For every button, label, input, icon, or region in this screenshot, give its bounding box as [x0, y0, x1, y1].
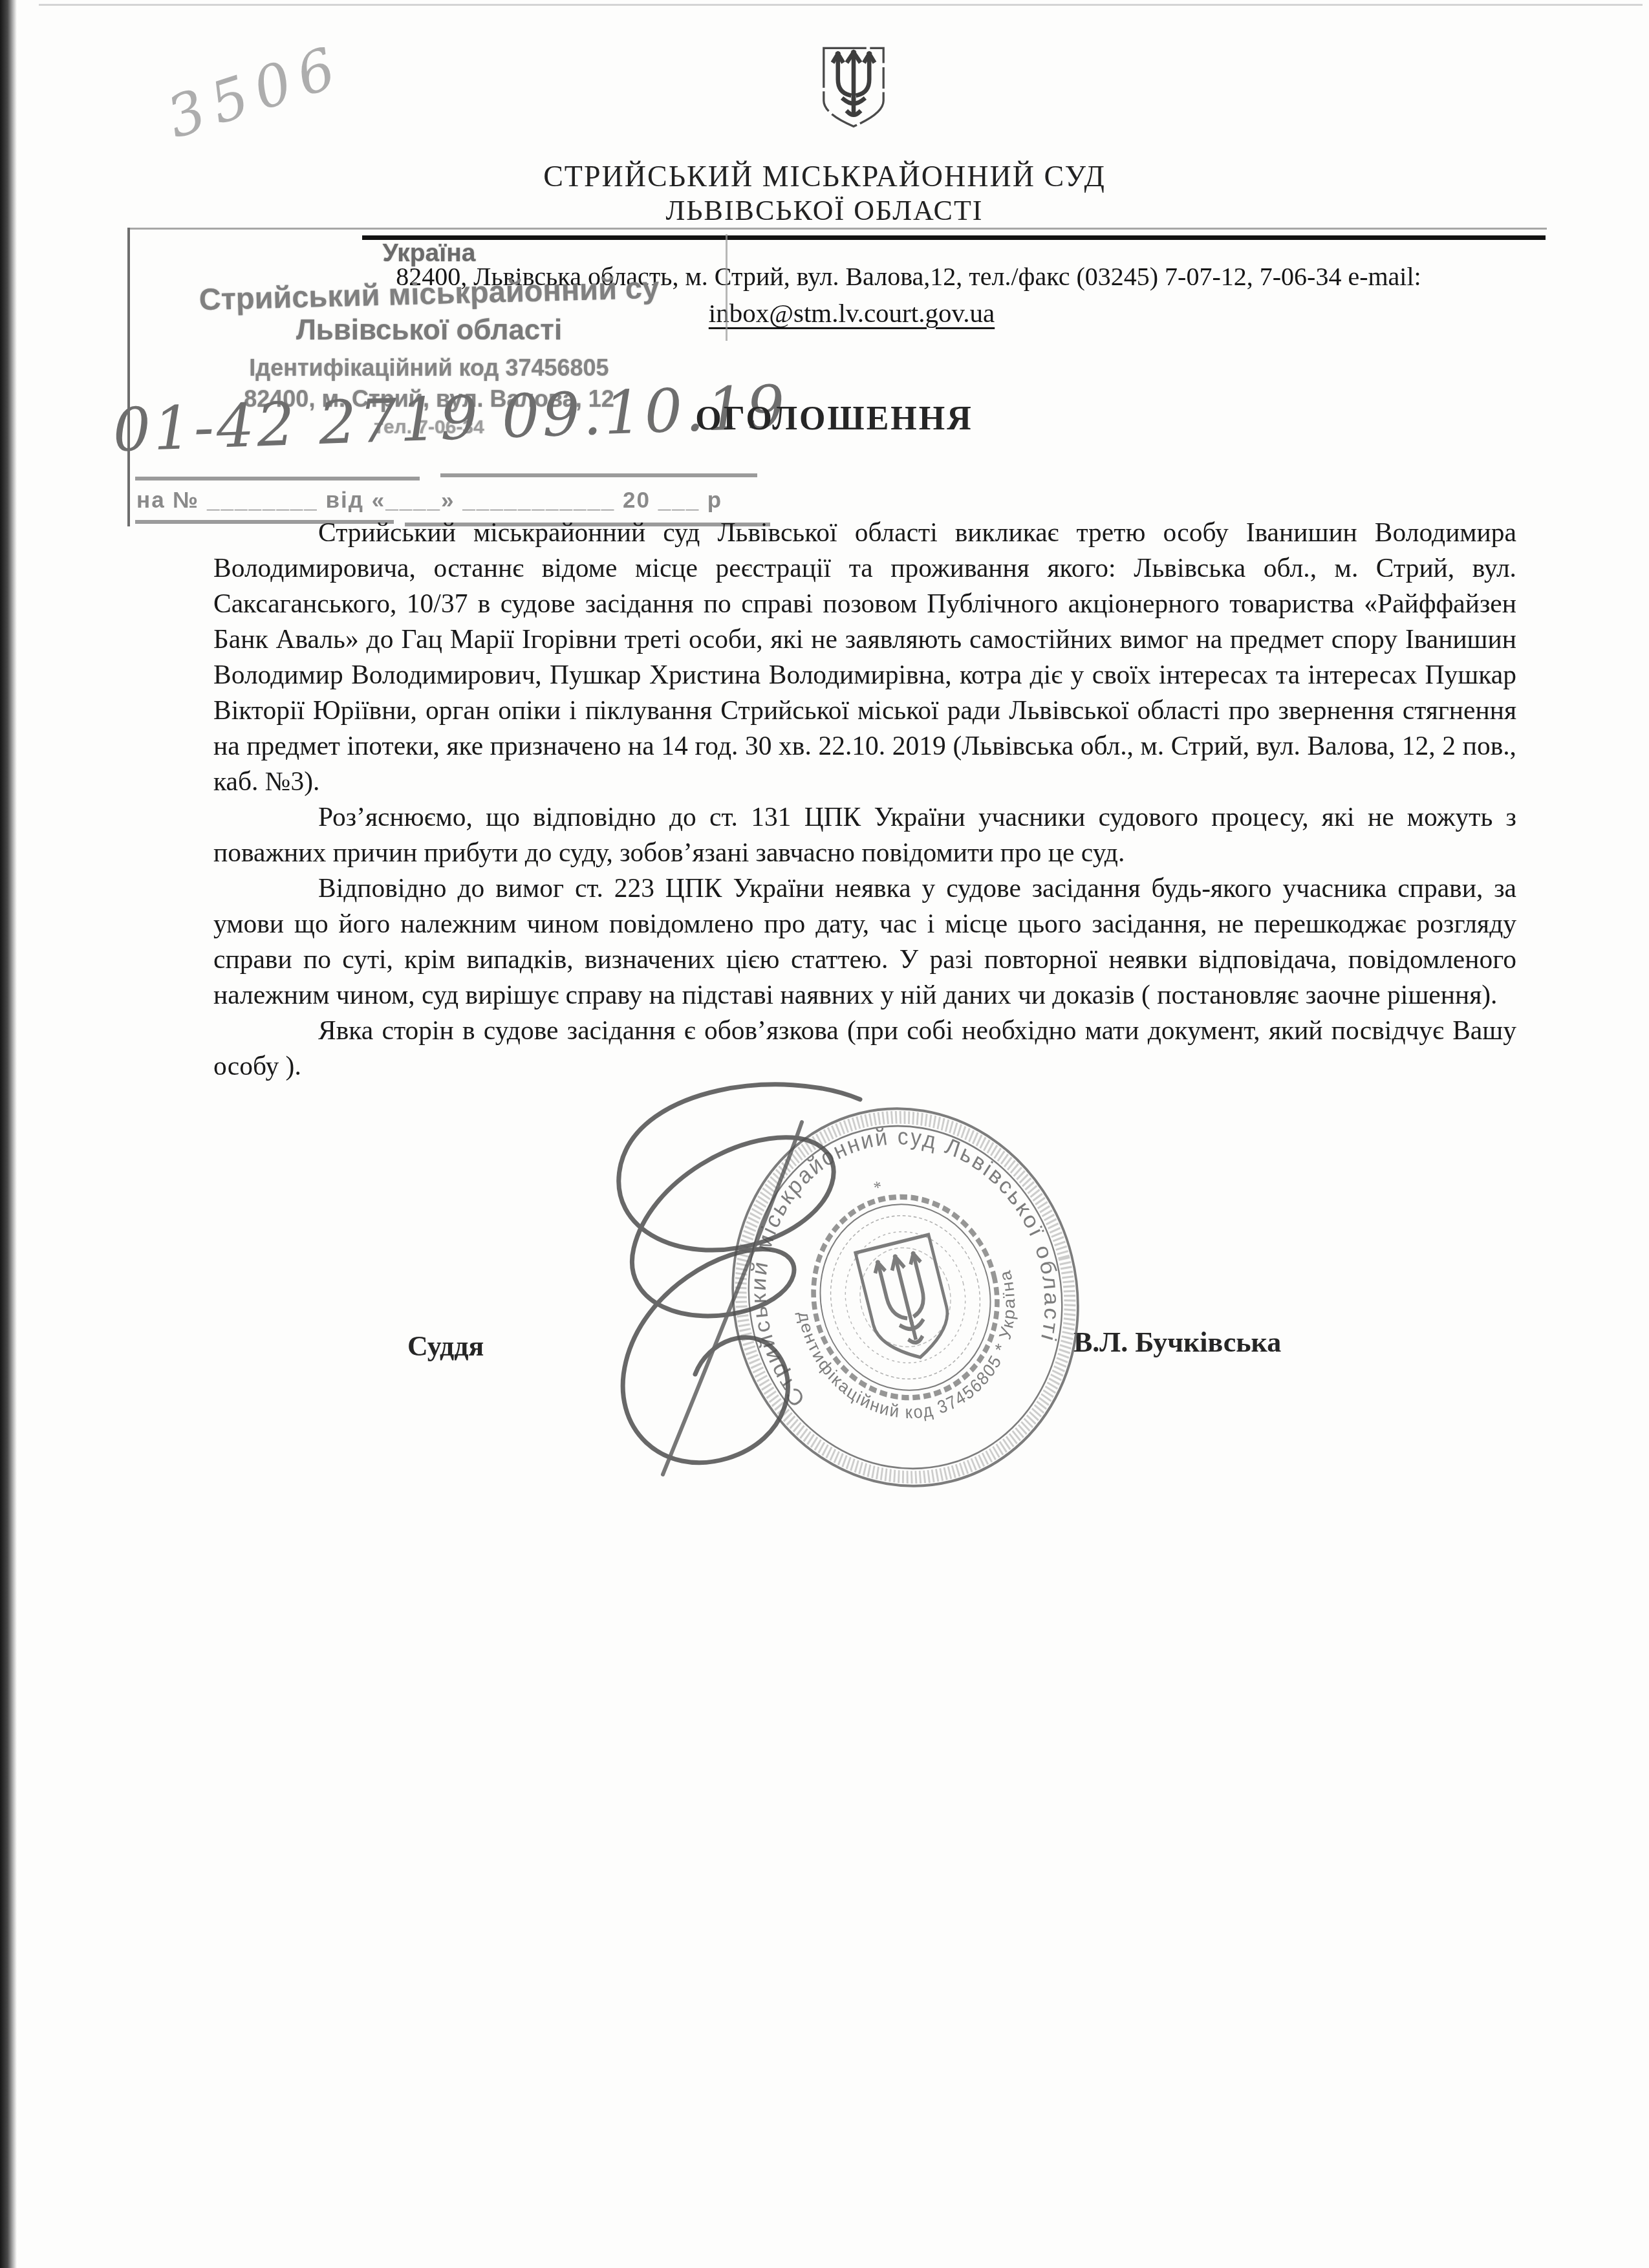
stamp-underline [440, 473, 757, 477]
stamp-underline [135, 477, 420, 481]
stamp-ref-blank-line: на № ________ від «____» ___________ 20 … [136, 488, 722, 513]
court-name-line1: СТРИЙСЬКИЙ МІСЬКРАЙОННИЙ СУД [0, 159, 1649, 193]
stamp-court-line2: Львівської області [130, 314, 728, 347]
document-title: ОГОЛОШЕННЯ [0, 400, 1649, 438]
handwritten-corner-number: 3506 [159, 32, 352, 151]
signature-role-label: Суддя [407, 1330, 484, 1363]
paragraph-summons: Стрийський міськрайонний суд Львівської … [213, 515, 1516, 799]
announcement-body: Стрийський міськрайонний суд Львівської … [213, 515, 1516, 1084]
paragraph-art223: Відповідно до вимог ст. 223 ЦПК України … [213, 870, 1516, 1013]
ukraine-trident-emblem-icon [816, 45, 891, 131]
stamp-country: Україна [130, 239, 728, 268]
judge-signature-scribble [498, 1061, 925, 1513]
registration-stamp-box: Україна Стрийський міськрайонний су Льві… [127, 228, 728, 526]
stamp-court-line1: Стрийський міськрайонний су [129, 268, 728, 319]
court-name-line2: ЛЬВІВСЬКОЇ ОБЛАСТІ [0, 194, 1649, 227]
scanned-court-announcement-page: 3506 СТРИЙСЬКИЙ МІСЬКРАЙОННИЙ СУД ЛЬВІВС… [0, 0, 1649, 2268]
scan-edge-artifact-top [39, 4, 1643, 6]
paragraph-art131: Роз’яснюємо, що відповідно до ст. 131 ЦП… [213, 799, 1516, 870]
scan-edge-artifact [0, 0, 17, 2268]
